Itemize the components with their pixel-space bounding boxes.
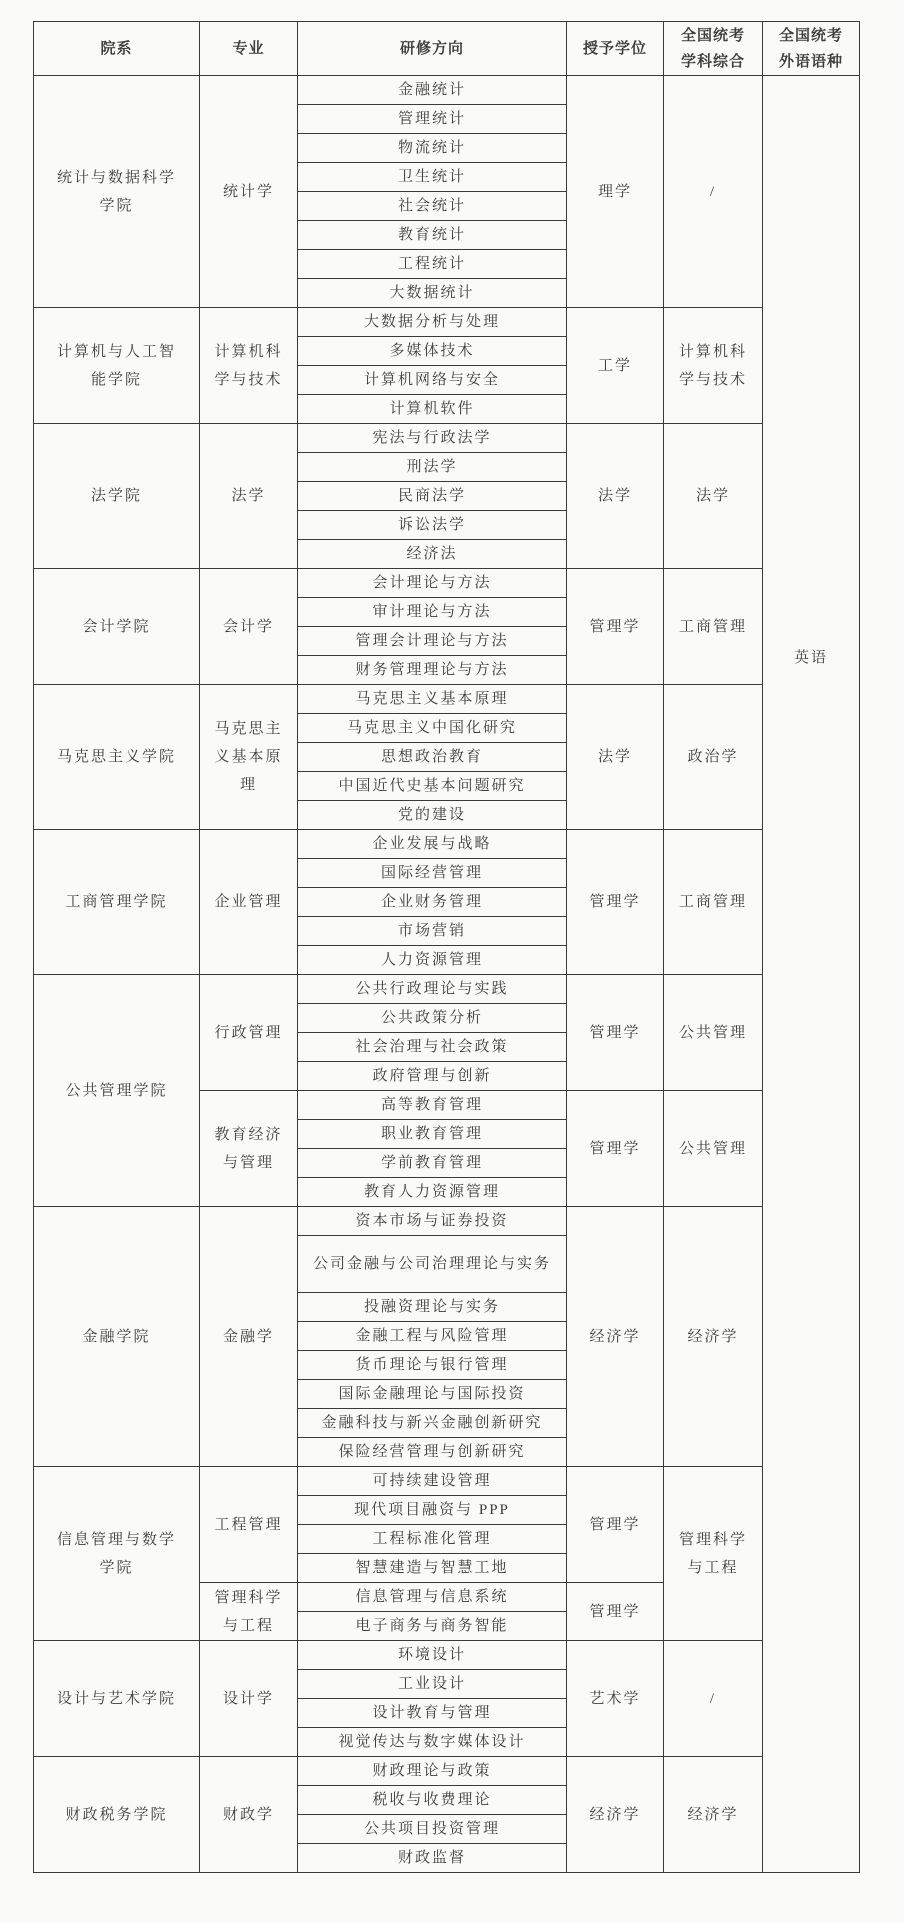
direction-cell: 党的建设 — [298, 801, 567, 830]
department-cell: 公共管理学院 — [34, 975, 200, 1207]
direction-cell: 大数据分析与处理 — [298, 308, 567, 337]
direction-cell: 公共项目投资管理 — [298, 1815, 567, 1844]
degree-cell: 经济学 — [567, 1207, 664, 1467]
header-line: 专业 — [208, 36, 289, 62]
table-row: 设计与艺术学院设计学环境设计艺术学/ — [34, 1641, 860, 1670]
subject-exam-cell: / — [664, 1641, 763, 1757]
table-header: 院系 专业 研修方向 授予学位 全国统考 学科综合 全国统考 外语语种 — [34, 22, 860, 76]
department-cell: 马克思主义学院 — [34, 685, 200, 830]
header-major: 专业 — [200, 22, 298, 76]
degree-cell: 艺术学 — [567, 1641, 664, 1757]
direction-cell: 企业财务管理 — [298, 888, 567, 917]
header-line: 授予学位 — [575, 36, 655, 62]
direction-cell: 市场营销 — [298, 917, 567, 946]
table-row: 信息管理与数学学院工程管理可持续建设管理管理学管理科学与工程 — [34, 1467, 860, 1496]
major-cell: 金融学 — [200, 1207, 298, 1467]
department-cell: 财政税务学院 — [34, 1757, 200, 1873]
direction-cell: 教育统计 — [298, 221, 567, 250]
direction-cell: 审计理论与方法 — [298, 598, 567, 627]
subject-exam-cell: 法学 — [664, 424, 763, 569]
direction-cell: 税收与收费理论 — [298, 1786, 567, 1815]
header-line: 全国统考 — [672, 23, 754, 49]
degree-cell: 理学 — [567, 76, 664, 308]
department-cell: 会计学院 — [34, 569, 200, 685]
header-line: 学科综合 — [672, 49, 754, 75]
direction-cell: 视觉传达与数字媒体设计 — [298, 1728, 567, 1757]
direction-cell: 金融工程与风险管理 — [298, 1322, 567, 1351]
major-cell: 马克思主义基本原理 — [200, 685, 298, 830]
degree-cell: 法学 — [567, 424, 664, 569]
department-cell: 计算机与人工智能学院 — [34, 308, 200, 424]
table-row: 会计学院会计学会计理论与方法管理学工商管理 — [34, 569, 860, 598]
direction-cell: 财政监督 — [298, 1844, 567, 1873]
degree-cell: 管理学 — [567, 975, 664, 1091]
major-cell: 计算机科学与技术 — [200, 308, 298, 424]
degree-cell: 管理学 — [567, 1467, 664, 1583]
direction-cell: 电子商务与商务智能 — [298, 1612, 567, 1641]
header-degree: 授予学位 — [567, 22, 664, 76]
header-direction: 研修方向 — [298, 22, 567, 76]
direction-cell: 会计理论与方法 — [298, 569, 567, 598]
direction-cell: 高等教育管理 — [298, 1091, 567, 1120]
major-cell: 统计学 — [200, 76, 298, 308]
direction-cell: 公司金融与公司治理理论与实务 — [298, 1236, 567, 1293]
major-cell: 会计学 — [200, 569, 298, 685]
table-row: 马克思主义学院马克思主义基本原理马克思主义基本原理法学政治学 — [34, 685, 860, 714]
direction-cell: 现代项目融资与 PPP — [298, 1496, 567, 1525]
direction-cell: 国际经营管理 — [298, 859, 567, 888]
direction-cell: 货币理论与银行管理 — [298, 1351, 567, 1380]
direction-cell: 宪法与行政法学 — [298, 424, 567, 453]
major-cell: 行政管理 — [200, 975, 298, 1091]
subject-exam-cell: 工商管理 — [664, 830, 763, 975]
major-cell: 工程管理 — [200, 1467, 298, 1583]
header-line: 外语语种 — [771, 49, 851, 75]
direction-cell: 资本市场与证券投资 — [298, 1207, 567, 1236]
direction-cell: 中国近代史基本问题研究 — [298, 772, 567, 801]
table-row: 财政税务学院财政学财政理论与政策经济学经济学 — [34, 1757, 860, 1786]
direction-cell: 财政理论与政策 — [298, 1757, 567, 1786]
direction-cell: 保险经营管理与创新研究 — [298, 1438, 567, 1467]
direction-cell: 刑法学 — [298, 453, 567, 482]
major-cell: 设计学 — [200, 1641, 298, 1757]
degree-cell: 管理学 — [567, 830, 664, 975]
department-cell: 法学院 — [34, 424, 200, 569]
direction-cell: 工程标准化管理 — [298, 1525, 567, 1554]
direction-cell: 教育人力资源管理 — [298, 1178, 567, 1207]
direction-cell: 思想政治教育 — [298, 743, 567, 772]
subject-exam-cell: 公共管理 — [664, 1091, 763, 1207]
table-row: 金融学院金融学资本市场与证券投资经济学经济学 — [34, 1207, 860, 1236]
header-subject-exam: 全国统考 学科综合 — [664, 22, 763, 76]
subject-exam-cell: 公共管理 — [664, 975, 763, 1091]
header-line: 院系 — [42, 36, 191, 62]
direction-cell: 信息管理与信息系统 — [298, 1583, 567, 1612]
department-cell: 信息管理与数学学院 — [34, 1467, 200, 1641]
direction-cell: 职业教育管理 — [298, 1120, 567, 1149]
header-foreign-language: 全国统考 外语语种 — [763, 22, 860, 76]
direction-cell: 智慧建造与智慧工地 — [298, 1554, 567, 1583]
degree-cell: 管理学 — [567, 569, 664, 685]
header-row: 院系 专业 研修方向 授予学位 全国统考 学科综合 全国统考 外语语种 — [34, 22, 860, 76]
department-cell: 设计与艺术学院 — [34, 1641, 200, 1757]
degree-cell: 经济学 — [567, 1757, 664, 1873]
table-row: 统计与数据科学学院统计学金融统计理学/英语 — [34, 76, 860, 105]
direction-cell: 多媒体技术 — [298, 337, 567, 366]
direction-cell: 金融科技与新兴金融创新研究 — [298, 1409, 567, 1438]
direction-cell: 管理统计 — [298, 105, 567, 134]
subject-exam-cell: 经济学 — [664, 1207, 763, 1467]
direction-cell: 马克思主义基本原理 — [298, 685, 567, 714]
major-cell: 财政学 — [200, 1757, 298, 1873]
direction-cell: 物流统计 — [298, 134, 567, 163]
direction-cell: 经济法 — [298, 540, 567, 569]
header-line: 全国统考 — [771, 23, 851, 49]
table-body: 统计与数据科学学院统计学金融统计理学/英语管理统计物流统计卫生统计社会统计教育统… — [34, 76, 860, 1873]
direction-cell: 工程统计 — [298, 250, 567, 279]
department-cell: 统计与数据科学学院 — [34, 76, 200, 308]
major-cell: 法学 — [200, 424, 298, 569]
direction-cell: 企业发展与战略 — [298, 830, 567, 859]
direction-cell: 卫生统计 — [298, 163, 567, 192]
foreign-language-cell: 英语 — [763, 76, 860, 1873]
direction-cell: 金融统计 — [298, 76, 567, 105]
major-cell: 教育经济与管理 — [200, 1091, 298, 1207]
direction-cell: 投融资理论与实务 — [298, 1293, 567, 1322]
direction-cell: 国际金融理论与国际投资 — [298, 1380, 567, 1409]
header-department: 院系 — [34, 22, 200, 76]
degree-cell: 工学 — [567, 308, 664, 424]
direction-cell: 可持续建设管理 — [298, 1467, 567, 1496]
direction-cell: 公共行政理论与实践 — [298, 975, 567, 1004]
direction-cell: 社会统计 — [298, 192, 567, 221]
direction-cell: 人力资源管理 — [298, 946, 567, 975]
table-row: 工商管理学院企业管理企业发展与战略管理学工商管理 — [34, 830, 860, 859]
direction-cell: 计算机软件 — [298, 395, 567, 424]
subject-exam-cell: 经济学 — [664, 1757, 763, 1873]
subject-exam-cell: 工商管理 — [664, 569, 763, 685]
direction-cell: 环境设计 — [298, 1641, 567, 1670]
direction-cell: 工业设计 — [298, 1670, 567, 1699]
subject-exam-cell: 管理科学与工程 — [664, 1467, 763, 1641]
direction-cell: 设计教育与管理 — [298, 1699, 567, 1728]
major-cell: 企业管理 — [200, 830, 298, 975]
department-cell: 金融学院 — [34, 1207, 200, 1467]
page: 院系 专业 研修方向 授予学位 全国统考 学科综合 全国统考 外语语种 — [0, 0, 904, 1923]
direction-cell: 诉讼法学 — [298, 511, 567, 540]
direction-cell: 民商法学 — [298, 482, 567, 511]
direction-cell: 社会治理与社会政策 — [298, 1033, 567, 1062]
direction-cell: 管理会计理论与方法 — [298, 627, 567, 656]
degree-cell: 管理学 — [567, 1091, 664, 1207]
degree-cell: 法学 — [567, 685, 664, 830]
direction-cell: 学前教育管理 — [298, 1149, 567, 1178]
direction-cell: 大数据统计 — [298, 279, 567, 308]
table-row: 计算机与人工智能学院计算机科学与技术大数据分析与处理工学计算机科学与技术 — [34, 308, 860, 337]
degree-cell: 管理学 — [567, 1583, 664, 1641]
department-cell: 工商管理学院 — [34, 830, 200, 975]
table-row: 法学院法学宪法与行政法学法学法学 — [34, 424, 860, 453]
direction-cell: 财务管理理论与方法 — [298, 656, 567, 685]
subject-exam-cell: / — [664, 76, 763, 308]
admissions-table: 院系 专业 研修方向 授予学位 全国统考 学科综合 全国统考 外语语种 — [33, 21, 860, 1873]
direction-cell: 计算机网络与安全 — [298, 366, 567, 395]
direction-cell: 政府管理与创新 — [298, 1062, 567, 1091]
subject-exam-cell: 政治学 — [664, 685, 763, 830]
table-row: 公共管理学院行政管理公共行政理论与实践管理学公共管理 — [34, 975, 860, 1004]
header-line: 研修方向 — [306, 36, 558, 62]
direction-cell: 马克思主义中国化研究 — [298, 714, 567, 743]
direction-cell: 公共政策分析 — [298, 1004, 567, 1033]
major-cell: 管理科学与工程 — [200, 1583, 298, 1641]
subject-exam-cell: 计算机科学与技术 — [664, 308, 763, 424]
